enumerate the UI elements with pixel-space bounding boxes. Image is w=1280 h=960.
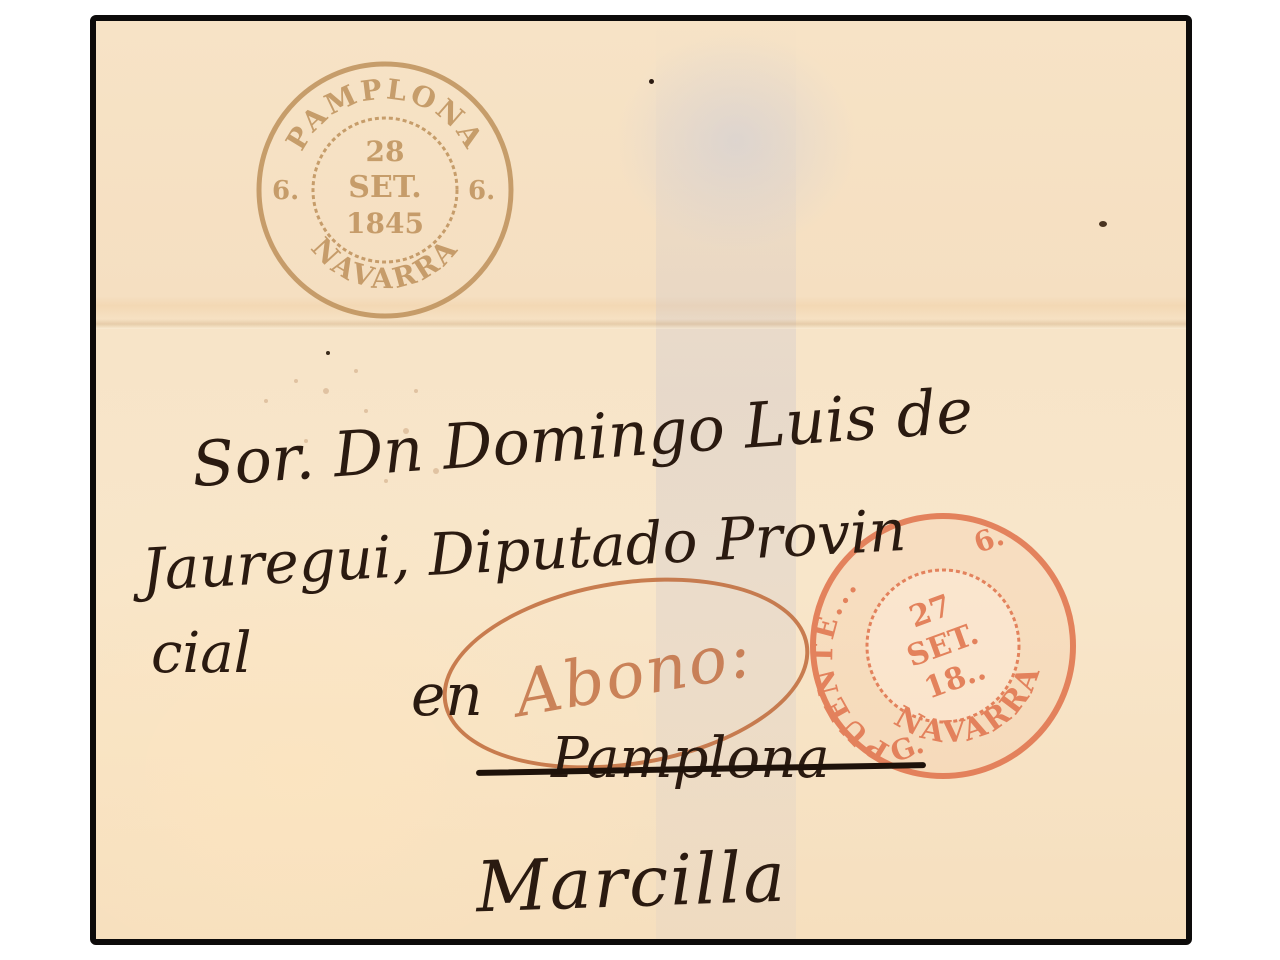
- svg-text:NAVARRA: NAVARRA: [305, 231, 466, 295]
- postal-cover: PAMPLONA NAVARRA 6. 6. 28 SET. 1845 NAVA…: [90, 15, 1192, 945]
- postmark-pamplona: PAMPLONA NAVARRA 6. 6. 28 SET. 1845: [254, 59, 516, 321]
- address-line-3: cial: [151, 621, 252, 686]
- address-line-en: en: [411, 661, 483, 729]
- postmark-day: 28: [366, 135, 405, 168]
- foxing-spot: [1099, 221, 1107, 227]
- foxing-spot: [649, 79, 654, 84]
- postmark-side-right: 6.: [468, 176, 495, 206]
- address-struck-destination: Pamplona: [551, 726, 830, 791]
- postmark-year: 1845: [346, 207, 424, 240]
- address-new-destination: Marcilla: [475, 836, 789, 929]
- postmark-side-left: 6.: [272, 176, 299, 206]
- postmark-region: NAVARRA: [305, 231, 466, 295]
- postmark-month: SET.: [348, 170, 421, 205]
